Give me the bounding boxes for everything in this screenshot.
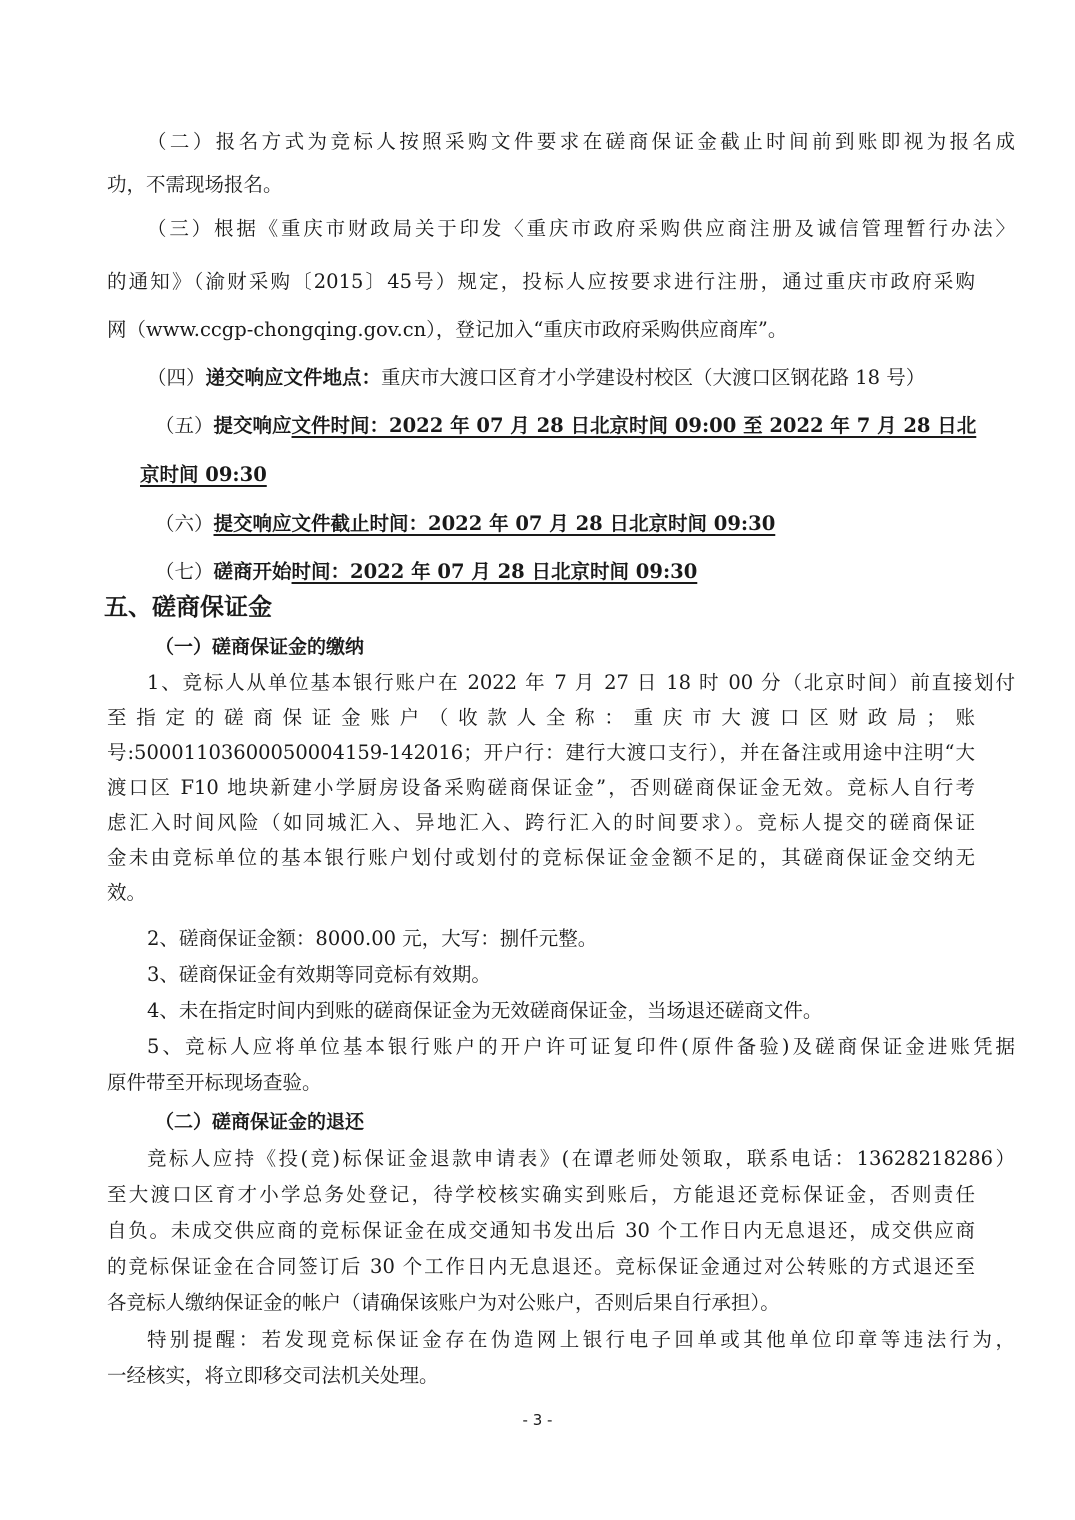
- item4-line: （四）递交响应文件地点：重庆市大渡口区育才小学建设村校区（大渡口区钢花路 18 …: [107, 365, 925, 391]
- item6-underlined: 提交响应文件截止时间：2022 年 07 月 28 日北京时间 09:30: [214, 512, 776, 535]
- p5-line2: 原件带至开标现场查验。: [107, 1070, 322, 1096]
- p1-line3: 号:50001103600050004159-142016；开户行：建行大渡口支…: [107, 740, 975, 766]
- notice-line1: 特别提醒：若发现竞标保证金存在伪造网上银行电子回单或其他单位印章等违法行为，: [107, 1327, 1015, 1353]
- p1-line4: 渡口区 F10 地块新建小学厨房设备采购磋商保证金”，否则磋商保证金无效。竞标人…: [107, 775, 975, 801]
- refund-line3: 自负。未成交供应商的竞标保证金在成交通知书发出后 30 个工作日内无息退还，成交…: [107, 1218, 975, 1244]
- section-heading: 五、磋商保证金: [104, 592, 272, 622]
- p1-line1: 1、竞标人从单位基本银行账户在 2022 年 7 月 27 日 18 时 00 …: [107, 670, 1015, 696]
- item7-label-plain: 磋商开始: [214, 560, 292, 583]
- item7-prefix: （七）: [155, 560, 214, 583]
- item2-line1: （二）报名方式为竞标人按照采购文件要求在磋商保证金截止时间前到账即视为报名成: [107, 129, 1015, 155]
- item7-line: （七）磋商开始时间：2022 年 07 月 28 日北京时间 09:30: [107, 559, 697, 585]
- item5-label-underlined: 文件时间：2022 年 07 月 28 日北京时间 09:00 至 2022 年…: [292, 414, 977, 437]
- item3-line2: 的通知》（渝财采购〔2015〕45号）规定，投标人应按要求进行注册，通过重庆市政…: [107, 269, 975, 295]
- item5-line1: （五）提交响应文件时间：2022 年 07 月 28 日北京时间 09:00 至…: [107, 413, 976, 439]
- p2: 2、磋商保证金额：8000.00 元，大写：捌仟元整。: [107, 926, 597, 952]
- subsection2-heading: （二）磋商保证金的退还: [107, 1109, 364, 1135]
- item4-value: 重庆市大渡口区育才小学建设村校区（大渡口区钢花路 18 号）: [381, 366, 925, 389]
- refund-line2: 至大渡口区育才小学总务处登记，待学校核实确实到账后，方能退还竞标保证金，否则责任: [107, 1182, 975, 1208]
- item3-line1: （三）根据《重庆市财政局关于印发〈重庆市政府采购供应商注册及诚信管理暂行办法〉: [107, 216, 1015, 242]
- p1-line6: 金未由竞标单位的基本银行账户划付或划付的竞标保证金金额不足的，其磋商保证金交纳无: [107, 845, 975, 871]
- p3: 3、磋商保证金有效期等同竞标有效期。: [107, 962, 491, 988]
- p5-line1: 5、竞标人应将单位基本银行账户的开户许可证复印件(原件备验)及磋商保证金进账凭据: [107, 1034, 1015, 1060]
- item4-prefix: （四）: [147, 366, 206, 389]
- item5-line2: 京时间 09:30: [140, 462, 267, 488]
- item2-line2: 功，不需现场报名。: [107, 172, 283, 198]
- refund-line5: 各竞标人缴纳保证金的帐户（请确保该账户为对公账户，否则后果自行承担）。: [107, 1290, 780, 1316]
- subsection1-heading: （一）磋商保证金的缴纳: [107, 634, 364, 660]
- item5-label-plain: 提交响应: [214, 414, 292, 437]
- refund-line4: 的竞标保证金在合同签订后 30 个工作日内无息退还。竞标保证金通过对公转账的方式…: [107, 1254, 975, 1280]
- notice-line2: 一经核实，将立即移交司法机关处理。: [107, 1363, 439, 1389]
- p1-line5: 虑汇入时间风险（如同城汇入、异地汇入、跨行汇入的时间要求）。竞标人提交的磋商保证: [107, 810, 975, 836]
- item6-prefix: （六）: [155, 512, 214, 535]
- item5-line2-text: 京时间 09:30: [140, 463, 267, 486]
- p1-line7: 效。: [107, 880, 146, 906]
- item6-line: （六）提交响应文件截止时间：2022 年 07 月 28 日北京时间 09:30: [107, 511, 775, 537]
- p4: 4、未在指定时间内到账的磋商保证金为无效磋商保证金，当场退还磋商文件。: [107, 998, 822, 1024]
- item7-underlined: 时间：2022 年 07 月 28 日北京时间 09:30: [292, 560, 698, 583]
- item5-prefix: （五）: [155, 414, 214, 437]
- page-number: - 3 -: [0, 1411, 1075, 1429]
- p1-line2: 至指定的磋商保证金账户（收款人全称：重庆市大渡口区财政局；账: [107, 705, 975, 731]
- refund-line1: 竞标人应持《投(竞)标保证金退款申请表》(在谭老师处领取，联系电话：136282…: [107, 1146, 1015, 1172]
- item4-label: 递交响应文件地点：: [206, 366, 382, 389]
- item3-line3: 网（www.ccgp-chongqing.gov.cn），登记加入“重庆市政府采…: [107, 317, 787, 343]
